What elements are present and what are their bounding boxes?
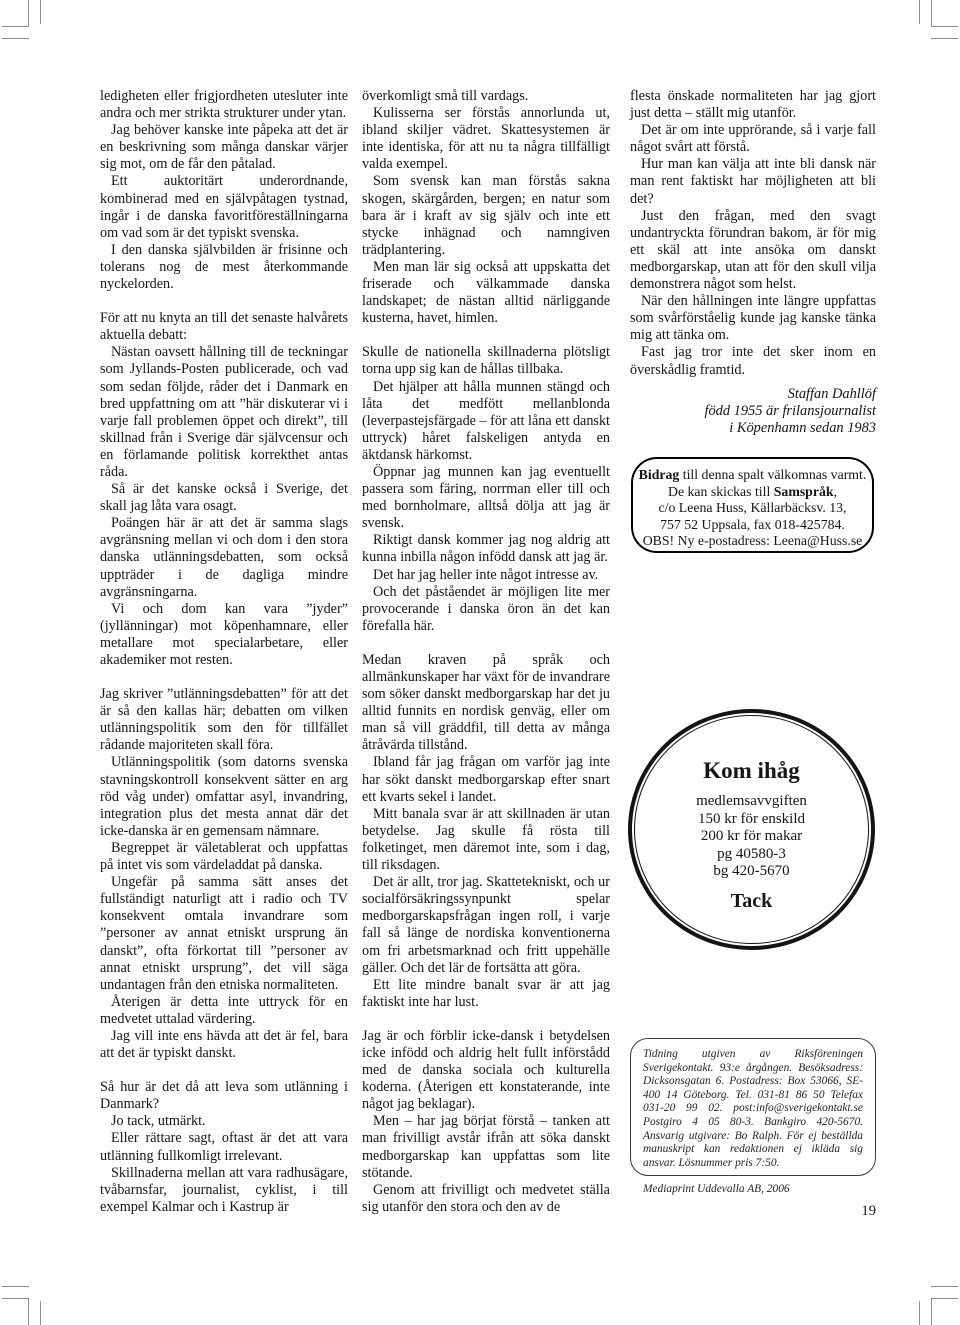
paragraph: Öppnar jag munnen kan jag eventuellt pas…: [362, 464, 610, 532]
text-line: 200 kr för makar: [696, 828, 807, 846]
reminder-details: medlemsavvgiften150 kr för enskild200 kr…: [696, 793, 807, 881]
crop-mark-top-right: [931, 0, 958, 27]
paragraph: Skillnaderna mellan att vara radhusägare…: [100, 1165, 348, 1216]
page-number: 19: [630, 1203, 876, 1220]
paragraph: Eller rättare sagt, oftast är det att va…: [100, 1130, 348, 1164]
paragraph: Vi och dom kan vara ”jyder” (jyllänninga…: [100, 601, 348, 669]
paragraph: Så hur är det då att leva som utlänning …: [100, 1079, 348, 1113]
paragraph: För att nu knyta an till det senaste hal…: [100, 310, 348, 344]
text-line: i Köpenhamn sedan 1983: [630, 420, 876, 437]
paragraph: Genom att frivilligt och medvetet ställa…: [362, 1182, 610, 1216]
paragraph: Nästan oavsett hållning till de teckning…: [100, 344, 348, 481]
crop-mark-top-left-tick: [2, 38, 29, 39]
text-line: OBS! Ny e-postadress: Leena@Huss.se: [633, 533, 872, 550]
paragraph: Poängen här är att det är samma slags av…: [100, 515, 348, 600]
paragraph: Just den frågan, med den svagt undantryc…: [630, 208, 876, 293]
paragraph: Riktigt dansk kommer jag nog aldrig att …: [362, 532, 610, 566]
paragraph: Ibland får jag frågan om varför jag inte…: [362, 754, 610, 805]
text-line: född 1955 är frilansjournalist: [630, 403, 876, 420]
imprint-text: Tidning utgiven av Riksföreningen Sverig…: [643, 1048, 863, 1170]
paragraph: Det är om inte upprörande, så i varje fa…: [630, 122, 876, 156]
article-column-2: överkomligt små till vardags.Kulisserna …: [362, 88, 610, 1216]
text-line: De kan skickas till Samspråk,: [633, 484, 872, 501]
paragraph: Ett auktoritärt underordnande, kombinera…: [100, 173, 348, 241]
paragraph: Men – har jag börjat förstå – tanken att…: [362, 1113, 610, 1181]
paragraph: Medan kraven på språk och allmänkunskape…: [362, 652, 610, 755]
text-line: Staffan Dahllöf: [630, 386, 876, 403]
text-line: pg 40580-3: [696, 846, 807, 864]
paragraph: Det är allt, tror jag. Skattetekniskt, o…: [362, 874, 610, 977]
paragraph: Jag skriver ”utlänningsdebatten” för att…: [100, 686, 348, 754]
paragraph: ledigheten eller frigjordheten utesluter…: [100, 88, 348, 122]
paragraph: Ett lite mindre banalt svar är att jag f…: [362, 977, 610, 1011]
membership-reminder-inner-ring: Kom ihåg medlemsavvgiften150 kr för ensk…: [634, 715, 869, 944]
text-line: 150 kr för enskild: [696, 811, 807, 829]
text-line: medlemsavvgiften: [696, 793, 807, 811]
paragraph: Återigen är detta inte uttryck för en me…: [100, 994, 348, 1028]
paragraph: Som svensk kan man förstås sakna skogen,…: [362, 173, 610, 258]
crop-mark-bottom-left: [2, 1298, 29, 1325]
text-line: c/o Leena Huss, Källarbäcksv. 13,: [633, 500, 872, 517]
reminder-closing: Tack: [731, 890, 773, 913]
imprint-printer: Mediaprint Uddevalla AB, 2006: [643, 1183, 863, 1197]
crop-mark-bottom-left-tick: [2, 1286, 29, 1287]
paragraph: Hur man kan välja att inte bli dansk när…: [630, 156, 876, 207]
text-line: bg 420-5670: [696, 863, 807, 881]
text-line: Bidrag till denna spalt välkomnas varmt.: [633, 467, 872, 484]
paragraph: Begreppet är väletablerat och uppfattas …: [100, 840, 348, 874]
paragraph: Det har jag heller inte något intresse a…: [362, 567, 610, 584]
article-column-1: ledigheten eller frigjordheten utesluter…: [100, 88, 348, 1216]
reminder-title: Kom ihåg: [703, 758, 799, 784]
contributions-box: Bidrag till denna spalt välkomnas varmt.…: [631, 457, 874, 553]
crop-mark-top-right-tick: [919, 0, 920, 24]
paragraph: Jag vill inte ens hävda att det är fel, …: [100, 1028, 348, 1062]
text-line: 757 52 Uppsala, fax 018-425784.: [633, 517, 872, 534]
paragraph: Och det påståendet är möjligen lite mer …: [362, 584, 610, 635]
author-signature: Staffan Dahllöffödd 1955 är frilansjourn…: [630, 386, 876, 438]
article-column-3: flesta önskade normaliteten har jag gjor…: [630, 88, 876, 379]
paragraph: överkomligt små till vardags.: [362, 88, 610, 105]
imprint-box: Tidning utgiven av Riksföreningen Sverig…: [630, 1038, 876, 1176]
paragraph: Jag behöver kanske inte påpeka att det ä…: [100, 122, 348, 173]
crop-mark-top-left: [2, 0, 29, 27]
magazine-page: ledigheten eller frigjordheten utesluter…: [0, 0, 960, 1325]
paragraph: När den hållningen inte längre uppfattas…: [630, 293, 876, 344]
paragraph: flesta önskade normaliteten har jag gjor…: [630, 88, 876, 122]
crop-mark-bottom-right-tick: [919, 1301, 920, 1325]
paragraph: Jo tack, utmärkt.: [100, 1113, 348, 1130]
paragraph: Ungefär på samma sätt anses det fullstän…: [100, 874, 348, 994]
paragraph: Utlänningspolitik (som datorns svenska s…: [100, 754, 348, 839]
paragraph: Kulisserna ser förstås annorlunda ut, ib…: [362, 105, 610, 173]
crop-mark-bottom-right-tick: [931, 1286, 958, 1287]
paragraph: Så är det kanske också i Sverige, det sk…: [100, 481, 348, 515]
crop-mark-top-left-tick: [40, 0, 41, 24]
paragraph: Fast jag tror inte det sker inom en över…: [630, 344, 876, 378]
paragraph: Men man lär sig också att uppskatta det …: [362, 259, 610, 327]
crop-mark-top-right-tick: [931, 38, 958, 39]
crop-mark-bottom-left-tick: [40, 1301, 41, 1325]
paragraph: Jag är och förblir icke-dansk i betydels…: [362, 1028, 610, 1113]
paragraph: Det hjälper att hålla munnen stängd och …: [362, 379, 610, 464]
paragraph: Mitt banala svar är att skillnaden är ut…: [362, 806, 610, 874]
membership-reminder-circle: Kom ihåg medlemsavvgiften150 kr för ensk…: [628, 709, 875, 950]
paragraph: I den danska självbilden är frisinne och…: [100, 242, 348, 293]
paragraph: Skulle de nationella skillnaderna plötsl…: [362, 344, 610, 378]
crop-mark-bottom-right: [931, 1298, 958, 1325]
